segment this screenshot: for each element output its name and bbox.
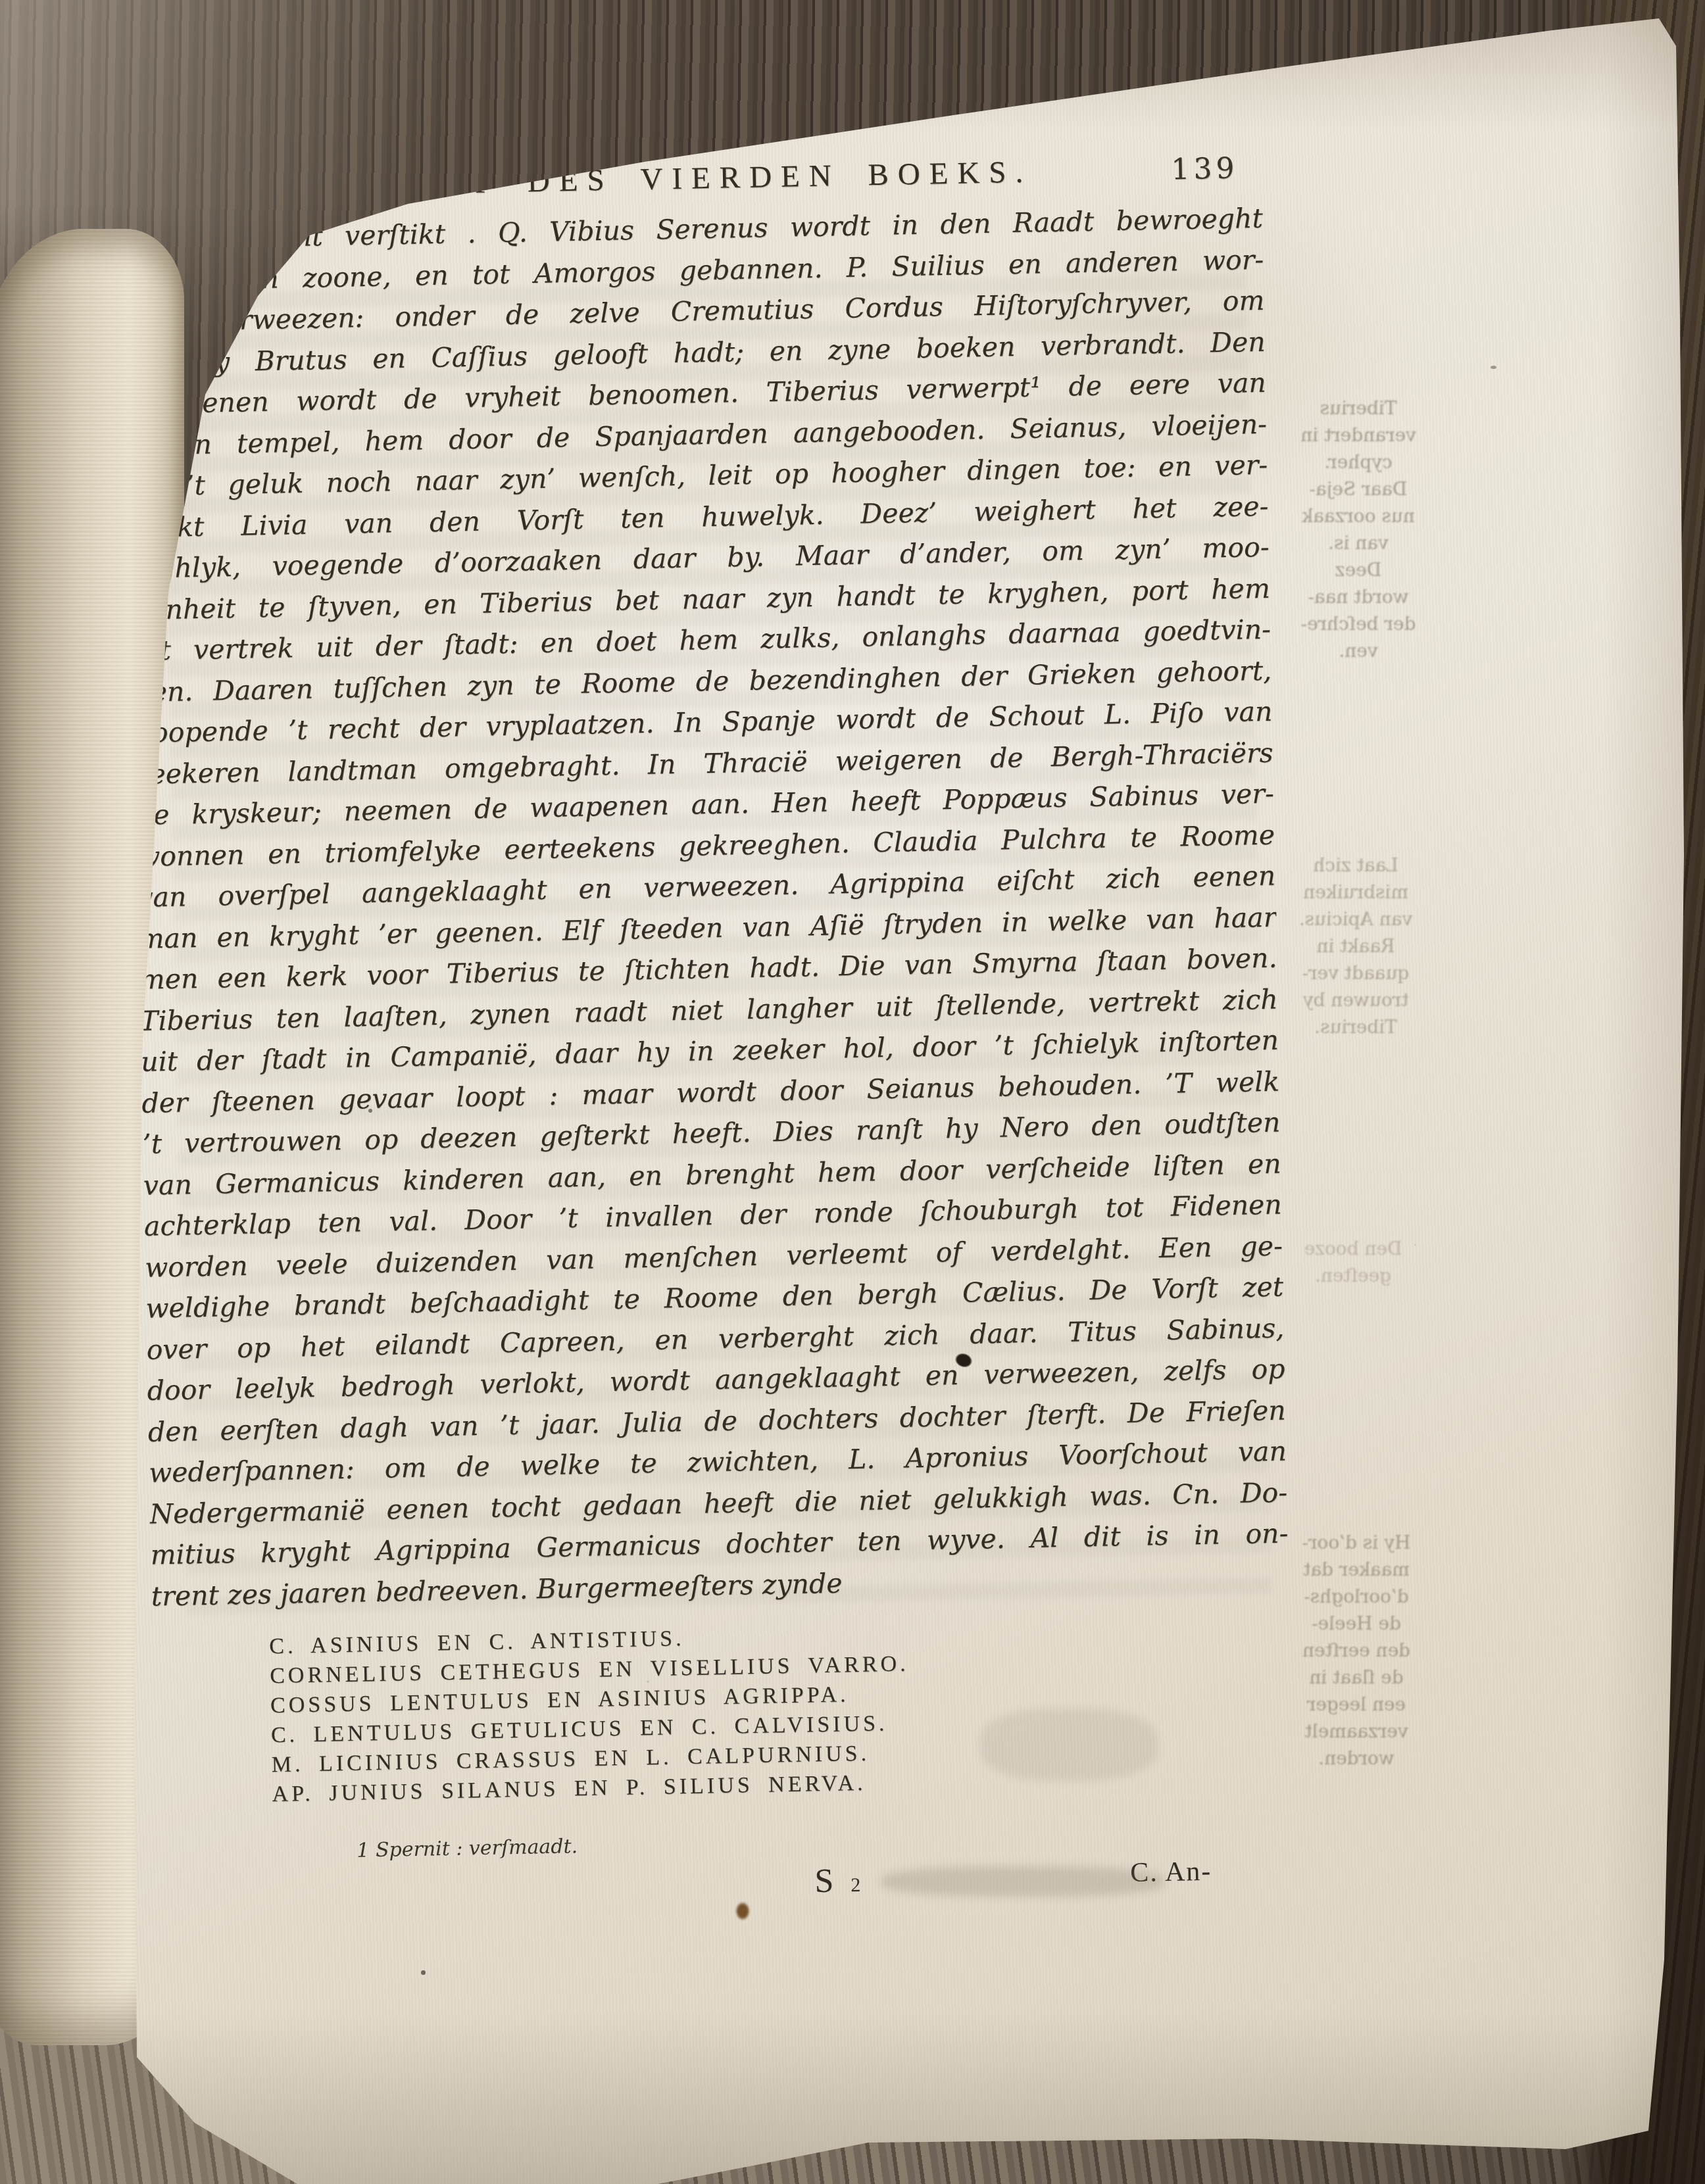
ghost-line: maaker dat: [1281, 1556, 1431, 1583]
ghost-line: Deez: [1288, 556, 1429, 583]
ghost-line: Hy is d’oor-: [1281, 1529, 1431, 1556]
ghost-line: Laat zich: [1284, 852, 1427, 879]
ghost-line: Raakt in: [1284, 933, 1427, 959]
paper-speck: [368, 1109, 372, 1113]
page-content: KORT BEGRIP DES VIERDEN BOEKS. 139 maar …: [124, 141, 1296, 1943]
ghost-margin-note: Den booze geeſten.: [1281, 1235, 1425, 1289]
ghost-line: Tiberius.: [1284, 1013, 1427, 1040]
book-page: KORT BEGRIP DES VIERDEN BOEKS. 139 maar …: [0, 0, 1705, 2184]
ghost-line: d’oorloghs-: [1281, 1583, 1431, 1610]
ghost-line: verandert in: [1288, 422, 1429, 449]
ghost-margin-note: Tiberius verandert in cypher. Daar Seja-…: [1288, 395, 1429, 664]
ghost-line: ven.: [1288, 637, 1429, 664]
ghost-line: Den booze: [1281, 1235, 1425, 1262]
ghost-line: cypher.: [1288, 449, 1429, 475]
ghost-line: geeſten.: [1281, 1262, 1425, 1289]
signature-letter: S: [814, 1862, 834, 1901]
ghost-line: der beſchre-: [1288, 610, 1429, 637]
ghost-line: worden.: [1281, 1745, 1431, 1772]
foxing-stain: [735, 1902, 750, 1920]
ghost-line: wordt naa-: [1288, 583, 1429, 610]
ghost-margin-note: Hy is d’oor- maaker dat d’oorloghs- de H…: [1281, 1529, 1431, 1772]
body-text: maar terſtont verſtikt . Q. Vibius Seren…: [125, 198, 1289, 1617]
footnote: 1 Spernit : verſmaadt.: [357, 1835, 578, 1862]
ghost-line: trouwen by: [1284, 986, 1427, 1013]
ghost-line: de ſlaat in: [1281, 1664, 1431, 1691]
ghost-line: quaadt ver-: [1284, 959, 1427, 986]
paper-speck: [1491, 366, 1496, 369]
signature-mark: S2: [814, 1861, 861, 1906]
ghost-line: een leeger: [1281, 1691, 1431, 1718]
ghost-line: van Apicius.: [1284, 906, 1427, 933]
ghost-line: den eerſten: [1281, 1637, 1431, 1664]
ghost-line: Daar Seja-: [1288, 475, 1429, 502]
book-photo-scene: KORT BEGRIP DES VIERDEN BOEKS. 139 maar …: [0, 0, 1705, 2184]
ghost-line: verzaamelt: [1281, 1718, 1431, 1745]
page-number: 139: [1171, 149, 1239, 189]
ghost-line: van is.: [1288, 529, 1429, 556]
ghost-line: misbruiken: [1284, 879, 1427, 906]
ink-smudge: [881, 1866, 1164, 1897]
consul-list: C. ASINIUS EN C. ANTISTIUS. CORNELIUS CE…: [269, 1612, 1293, 1809]
ink-smudge: [980, 1709, 1158, 1781]
ghost-margin-note: Laat zich misbruiken van Apicius. Raakt …: [1284, 852, 1427, 1040]
signature-number: 2: [851, 1874, 861, 1896]
ghost-line: Tiberius: [1288, 395, 1429, 422]
paper-speck: [421, 1970, 426, 1975]
ghost-line: nus oorzaak: [1288, 502, 1429, 529]
ghost-line: de Heele-: [1281, 1610, 1431, 1637]
